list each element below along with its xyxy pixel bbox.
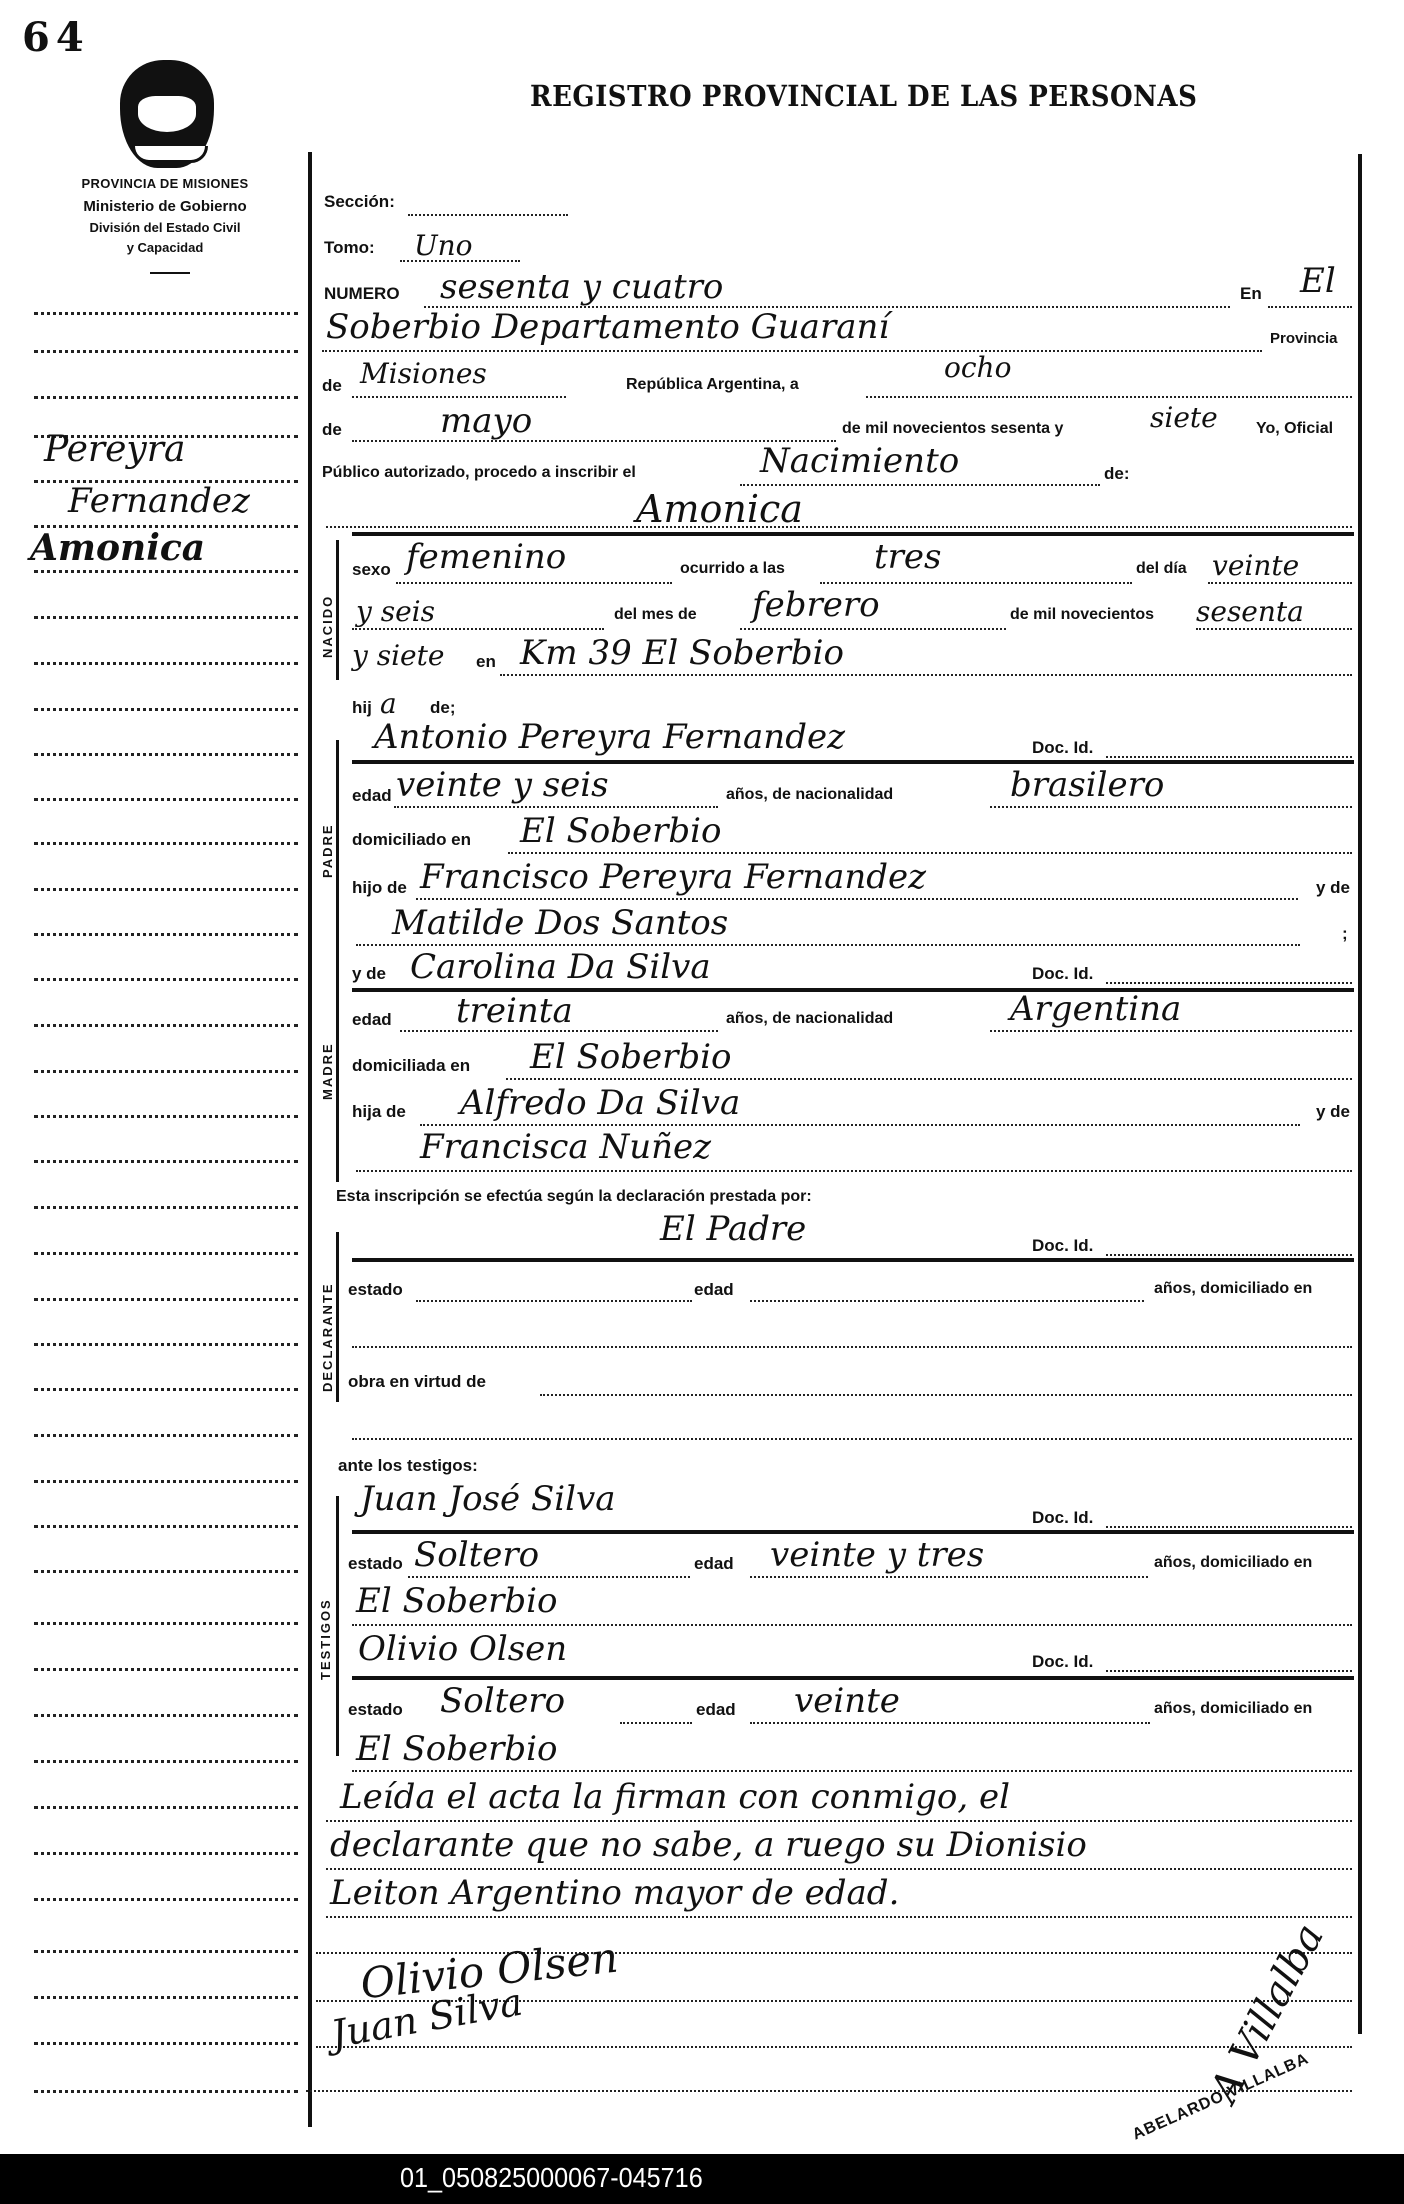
de2-label: de: [322, 420, 342, 440]
padre-doc-field: [1106, 756, 1352, 758]
madre-father-field: [420, 1124, 1300, 1126]
declarante-intro: Esta inscripción se efectúa según la dec…: [336, 1188, 812, 1206]
signature-line-4: [306, 2090, 1352, 2092]
lugar-value: Km 39 El Soberbio: [520, 636, 844, 670]
madre-nacionalidad-label: años, de nacionalidad: [726, 1010, 893, 1028]
org-province: PROVINCIA DE MISIONES: [20, 176, 310, 191]
sexo-field: [396, 582, 672, 584]
padre-bracket: [336, 740, 339, 960]
en-value: El: [1300, 264, 1336, 298]
padre-section-label: PADRE: [320, 823, 335, 878]
declarante-extra-field: [352, 1438, 1352, 1440]
madre-doc-label: Doc. Id.: [1032, 964, 1093, 984]
declarante-obra-field: [540, 1394, 1352, 1396]
padre-semicolon: ;: [1342, 924, 1348, 944]
declarante-bracket: [336, 1232, 339, 1402]
place-value: Soberbio Departamento Guaraní: [326, 310, 889, 344]
declarante-edad-label: edad: [694, 1280, 734, 1300]
madre-domicilio-label: domiciliada en: [352, 1056, 470, 1076]
seccion-label: Sección:: [324, 192, 395, 212]
image-id: 01_050825000067-045716: [400, 2162, 703, 2194]
republica-label: República Argentina, a: [626, 376, 799, 394]
divider-witness-2: [352, 1676, 1354, 1680]
tomo-label: Tomo:: [324, 238, 375, 258]
padre-domicilio-value: El Soberbio: [520, 814, 722, 848]
divider-nacido-top: [352, 532, 1354, 536]
declarante-domicilio-field: [352, 1346, 1352, 1348]
org-division: División del Estado Civil: [20, 220, 310, 235]
padre-nacionalidad-value: brasilero: [1010, 768, 1164, 802]
witness-1-edad-label: edad: [694, 1554, 734, 1574]
footer-bar: 01_050825000067-045716: [0, 2154, 1404, 2204]
provincia-field: [352, 396, 566, 398]
madre-edad-value: treinta: [456, 994, 573, 1028]
publico-label: Público autorizado, procedo a inscribir …: [322, 464, 636, 482]
margin-surname-1: Pereyra: [44, 432, 185, 468]
dia-field: [1208, 582, 1352, 584]
en-label: En: [1240, 284, 1262, 304]
witness-2-domicilio-field: [352, 1770, 1352, 1772]
org-capacity: y Capacidad: [20, 240, 310, 255]
declarante-domicilio-label: años, domiciliado en: [1154, 1280, 1312, 1298]
month-value: mayo: [440, 404, 532, 438]
witness-2-name: Olivio Olsen: [358, 1632, 567, 1666]
margin-given-name: Amonica: [30, 530, 205, 566]
notes-line-1-field: [326, 1820, 1352, 1822]
provincia-value: Misiones: [360, 360, 487, 388]
child-name-field: [326, 526, 1352, 528]
anio-value-1: sesenta: [1196, 598, 1304, 626]
testigos-intro: ante los testigos:: [338, 1456, 478, 1476]
madre-father-value: Alfredo Da Silva: [460, 1086, 740, 1120]
notes-line-2-field: [326, 1868, 1352, 1870]
hijo-de-label: de;: [430, 698, 456, 718]
declarante-doc-field: [1106, 1254, 1352, 1256]
declarante-name: El Padre: [660, 1212, 806, 1246]
madre-doc-field: [1106, 982, 1352, 984]
day-field: [866, 396, 1352, 398]
padre-hijo-de-label: hijo de: [352, 878, 407, 898]
mes-field: [740, 628, 1006, 630]
seccion-field: [408, 214, 568, 216]
org-ministry: Ministerio de Gobierno: [20, 198, 310, 215]
hora-field: [820, 582, 1132, 584]
dia-field-2: [352, 628, 604, 630]
witness-1-domicilio-label: años, domiciliado en: [1154, 1554, 1312, 1572]
notes-line-1: Leída el acta la firman con conmigo, el: [340, 1780, 1010, 1814]
notes-line-2: declarante que no sabe, a ruego su Dioni…: [330, 1828, 1087, 1862]
madre-section-label: MADRE: [320, 1042, 335, 1100]
anio-label: de mil novecientos: [1010, 606, 1154, 624]
provincia-label: Provincia: [1270, 330, 1338, 347]
witness-2-doc-field: [1106, 1670, 1352, 1672]
lugar-field: [500, 674, 1352, 676]
padre-edad-field: [394, 806, 718, 808]
org-divider: [150, 272, 190, 274]
act-type-value: Nacimiento: [760, 444, 959, 478]
madre-nacionalidad-value: Argentina: [1010, 992, 1181, 1026]
padre-father-value: Francisco Pereyra Fernandez: [420, 860, 926, 894]
witness-2-estado-label: estado: [348, 1700, 403, 1720]
witness-1-domicilio-field: [352, 1624, 1352, 1626]
witness-1-domicilio-value: El Soberbio: [356, 1584, 558, 1618]
page-title: REGISTRO PROVINCIAL DE LAS PERSONAS: [530, 81, 1197, 114]
witness-1-edad-field: [750, 1576, 1148, 1578]
madre-bracket: [336, 960, 339, 1182]
hijo-label: hij: [352, 698, 372, 718]
declarante-doc-label: Doc. Id.: [1032, 1236, 1093, 1256]
notes-line-3: Leiton Argentino mayor de edad.: [330, 1876, 899, 1910]
padre-edad-value: veinte y seis: [396, 768, 609, 802]
testigos-bracket: [336, 1496, 339, 1756]
madre-hija-de-label: hija de: [352, 1102, 406, 1122]
testigos-section-label: TESTIGOS: [318, 1598, 333, 1680]
padre-name: Antonio Pereyra Fernandez: [374, 720, 845, 754]
dia-value-1: veinte: [1212, 552, 1299, 580]
padre-edad-label: edad: [352, 786, 392, 806]
madre-domicilio-value: El Soberbio: [530, 1040, 732, 1074]
madre-mother-value: Francisca Nuñez: [420, 1130, 711, 1164]
nacido-section-label: NACIDO: [320, 595, 335, 658]
nacido-bracket: [336, 540, 339, 680]
place-field: [322, 350, 1262, 352]
witness-1-estado-label: estado: [348, 1554, 403, 1574]
form-left-border: [308, 152, 312, 2127]
witness-1-name: Juan José Silva: [360, 1482, 616, 1516]
witness-1-doc-label: Doc. Id.: [1032, 1508, 1093, 1528]
declarante-estado-label: estado: [348, 1280, 403, 1300]
declarante-obra-label: obra en virtud de: [348, 1372, 486, 1392]
witness-2-domicilio-value: El Soberbio: [356, 1732, 558, 1766]
declarante-estado-field: [416, 1300, 692, 1302]
witness-2-edad-label: edad: [696, 1700, 736, 1720]
padre-doc-label: Doc. Id.: [1032, 738, 1093, 758]
padre-domicilio-field: [508, 852, 1352, 854]
witness-2-doc-label: Doc. Id.: [1032, 1652, 1093, 1672]
de-colon-label: de:: [1104, 464, 1130, 484]
anio-value-2: y siete: [352, 642, 444, 670]
witness-2-edad-field: [750, 1722, 1150, 1724]
form-right-border: [1358, 154, 1362, 2034]
en-field: [1268, 306, 1352, 308]
witness-1-estado-field: [408, 1576, 690, 1578]
witness-2-domicilio-label: años, domiciliado en: [1154, 1700, 1312, 1718]
hijo-suffix: a: [380, 690, 397, 718]
day-value: ocho: [944, 354, 1011, 382]
witness-1-edad-value: veinte y tres: [770, 1538, 984, 1572]
oficial-label: Yo, Oficial: [1256, 420, 1333, 438]
madre-y-de-label: y de: [352, 964, 386, 984]
witness-1-estado-value: Soltero: [414, 1538, 539, 1572]
padre-mother-value: Matilde Dos Santos: [392, 906, 728, 940]
hora-value: tres: [874, 540, 942, 574]
divider-padre: [352, 760, 1354, 764]
sexo-value: femenino: [406, 540, 566, 574]
madre-edad-label: edad: [352, 1010, 392, 1030]
padre-y-de-label: y de: [1316, 878, 1350, 898]
year-value: siete: [1150, 404, 1218, 432]
padre-father-field: [416, 898, 1298, 900]
numero-value: sesenta y cuatro: [440, 270, 723, 304]
madre-name: Carolina Da Silva: [410, 950, 711, 984]
anio-field: [1196, 628, 1352, 630]
sexo-label: sexo: [352, 560, 391, 580]
mes-value: febrero: [752, 588, 880, 622]
year-label: de mil novecientos sesenta y: [842, 420, 1063, 438]
divider-declarante: [352, 1258, 1354, 1262]
declarante-section-label: DECLARANTE: [320, 1282, 335, 1392]
witness-1-doc-field: [1106, 1526, 1352, 1528]
padre-nacionalidad-label: años, de nacionalidad: [726, 786, 893, 804]
ocurrido-label: ocurrido a las: [680, 560, 785, 578]
tomo-value: Uno: [414, 232, 473, 260]
padre-mother-field: [356, 944, 1300, 946]
declarante-edad-field: [750, 1300, 1144, 1302]
madre-mother-field: [356, 1170, 1352, 1172]
margin-surname-2: Fernandez: [68, 484, 250, 518]
dia-value-2: y seis: [356, 598, 435, 626]
act-type-field: [740, 484, 1100, 486]
divider-witness-1: [352, 1530, 1354, 1534]
provincial-crest-icon: [120, 60, 214, 168]
witness-2-estado-value: Soltero: [440, 1684, 565, 1718]
signature-line-3: [316, 2046, 1352, 2048]
dia-label: del día: [1136, 560, 1187, 578]
mes-label: del mes de: [614, 606, 697, 624]
padre-domicilio-label: domiciliado en: [352, 830, 471, 850]
lugar-en-label: en: [476, 652, 496, 672]
madre-nacionalidad-field: [990, 1030, 1352, 1032]
page-number: 64: [22, 14, 90, 61]
de-label: de: [322, 376, 342, 396]
madre-domicilio-field: [506, 1078, 1352, 1080]
child-name-value: Amonica: [636, 490, 803, 528]
madre-y-de2-label: y de: [1316, 1102, 1350, 1122]
padre-nacionalidad-field: [990, 806, 1352, 808]
witness-2-estado-field: [620, 1722, 692, 1724]
numero-label: NUMERO: [324, 284, 400, 304]
witness-2-edad-value: veinte: [794, 1684, 900, 1718]
notes-line-3-field: [326, 1916, 1352, 1918]
